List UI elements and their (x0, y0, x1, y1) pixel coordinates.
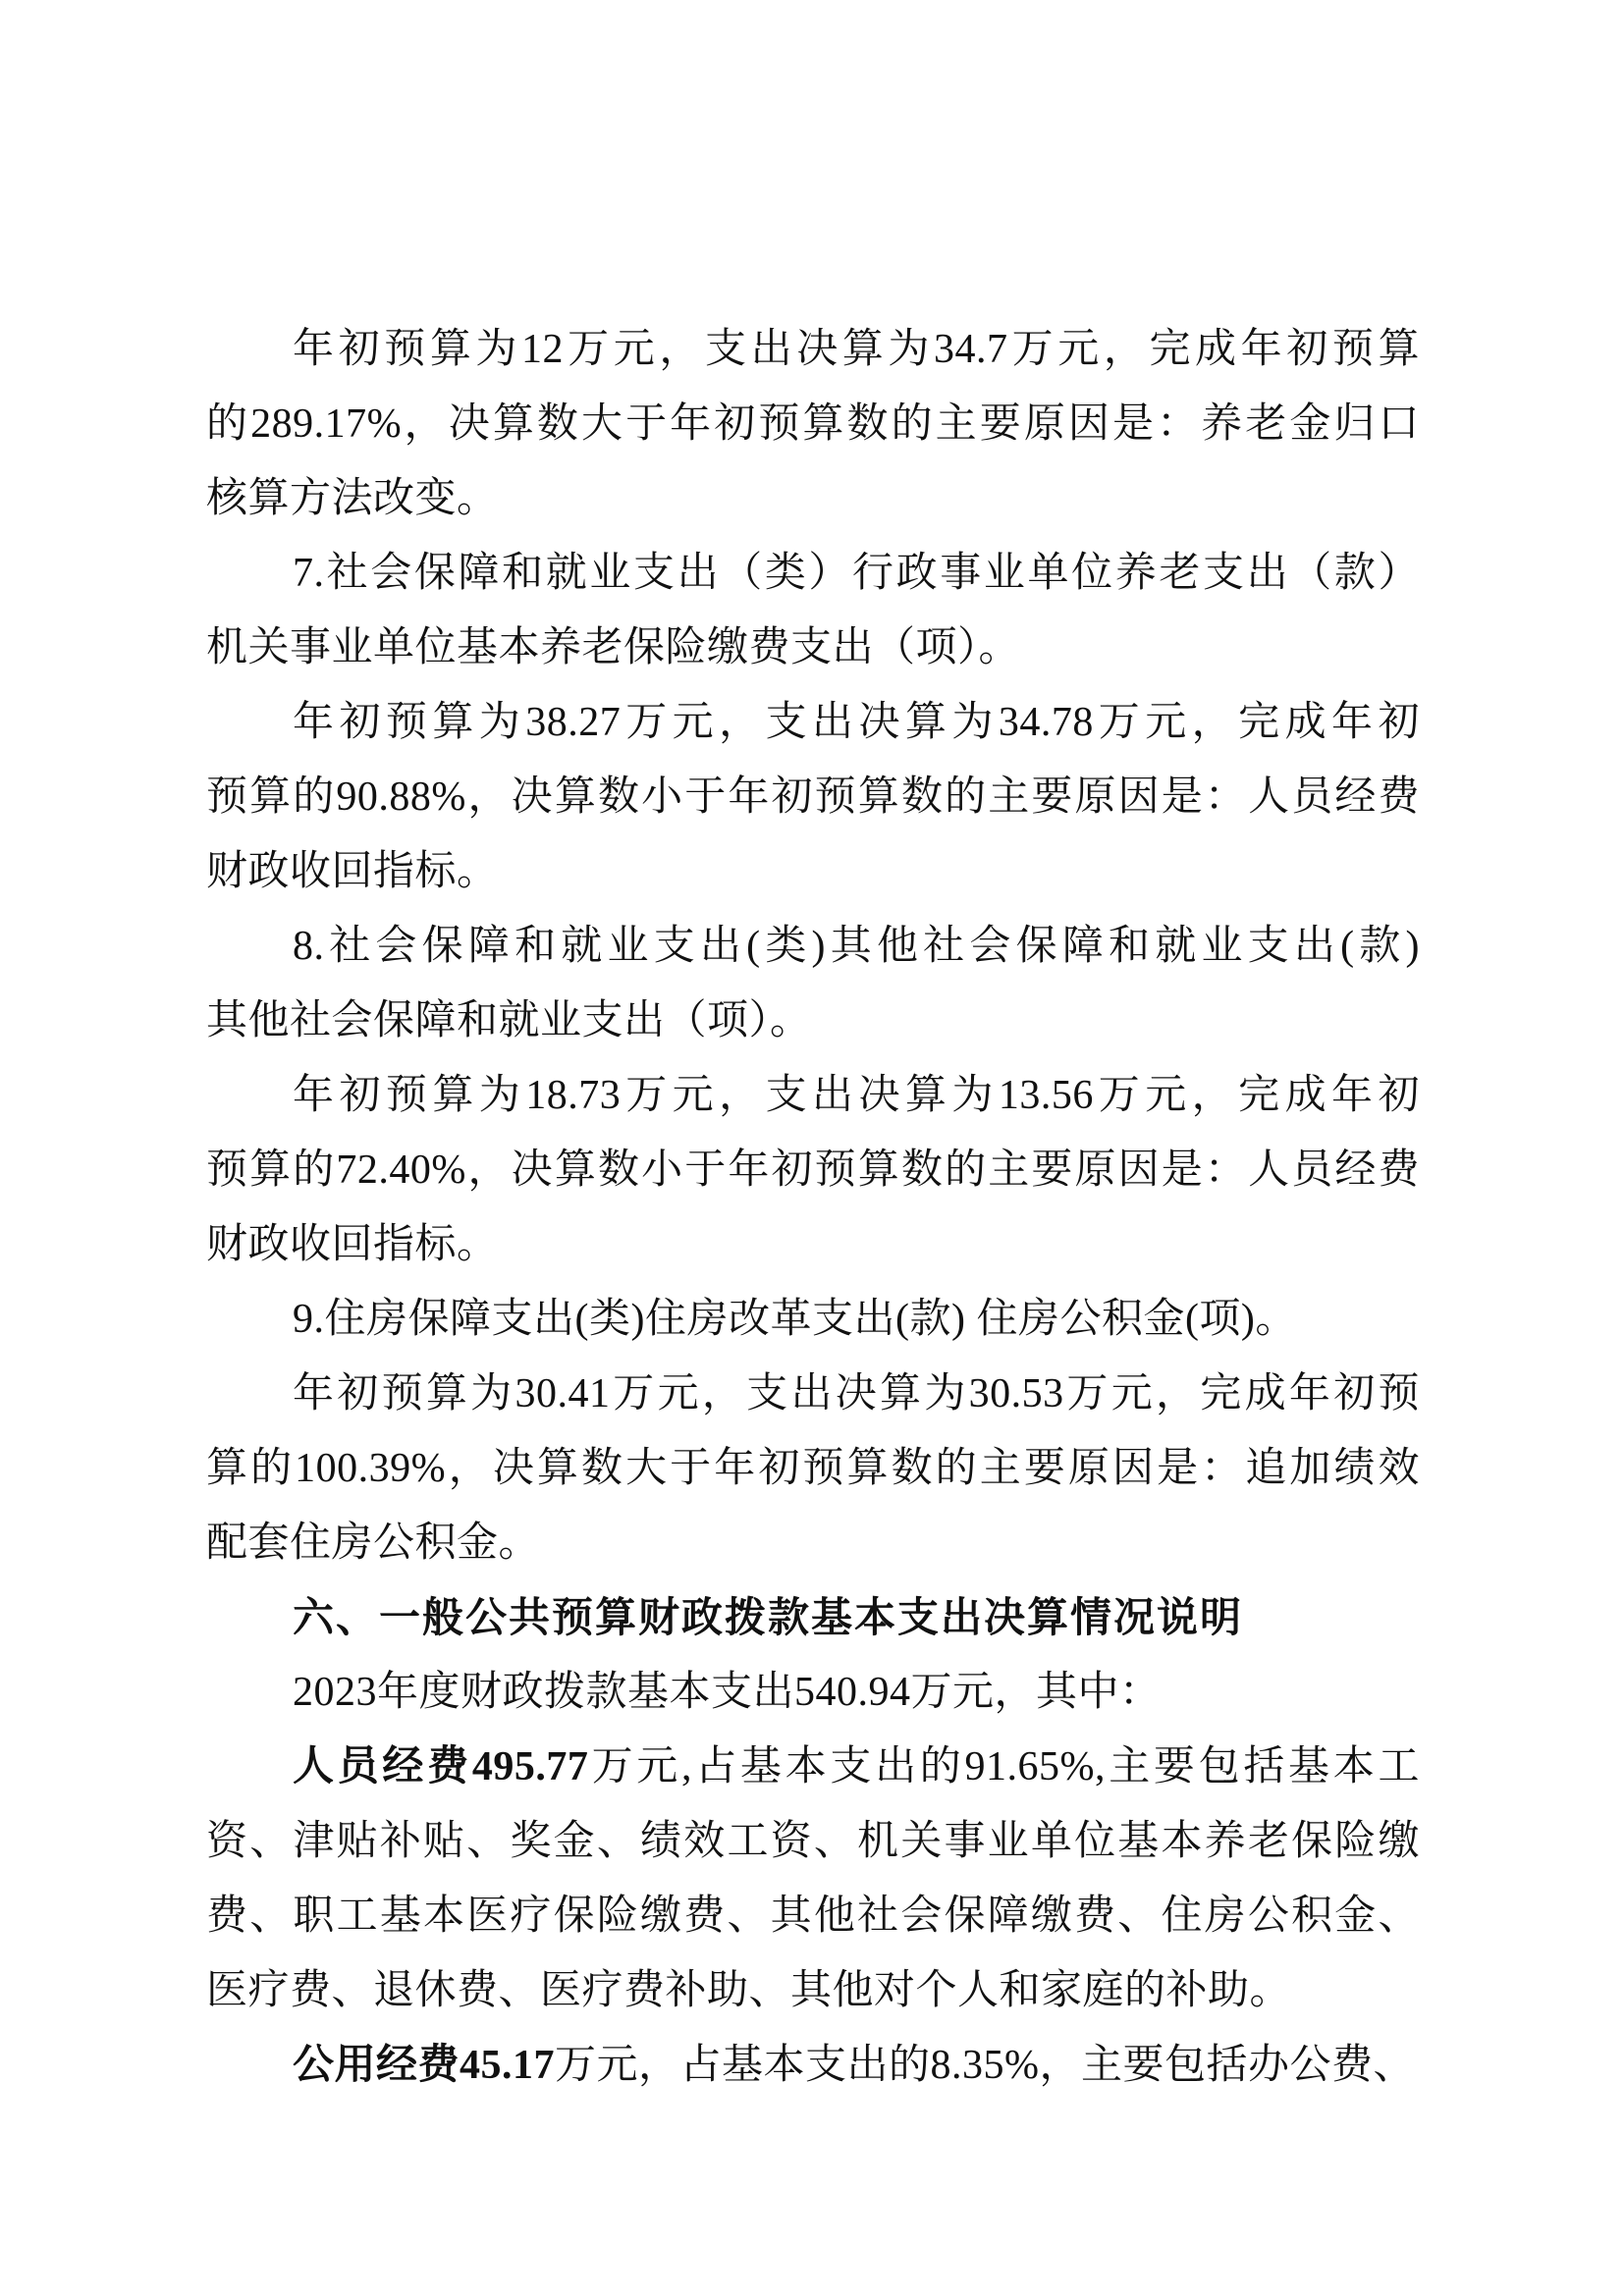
text-line: 算的100.39%，决算数大于年初预算数的主要原因是：追加绩效 (206, 1431, 1420, 1506)
paragraph: 7.社会保障和就业支出（类）行政事业单位养老支出（款）机关事业单位基本养老保险缴… (206, 536, 1420, 685)
paragraph: 年初预算为38.27万元，支出决算为34.78万元，完成年初预算的90.88%，… (206, 685, 1420, 909)
text-line: 预算的90.88%，决算数小于年初预算数的主要原因是：人员经费 (206, 760, 1420, 834)
paragraph: 年初预算为18.73万元，支出决算为13.56万元，完成年初预算的72.40%，… (206, 1058, 1420, 1282)
text-line: 人员经费495.77万元,占基本支出的91.65%,主要包括基本工 (206, 1730, 1420, 1804)
line-text: 万元，占基本支出的8.35%，主要包括办公费、 (555, 2043, 1415, 2088)
text-line: 六、一般公共预算财政拨款基本支出决算情况说明 (206, 1580, 1420, 1655)
text-line: 8.社会保障和就业支出(类)其他社会保障和就业支出(款) (206, 909, 1420, 984)
text-line: 的289.17%，决算数大于年初预算数的主要原因是：养老金归口 (206, 387, 1420, 461)
text-line: 年初预算为18.73万元，支出决算为13.56万元，完成年初 (206, 1058, 1420, 1133)
paragraph: 年初预算为12万元，支出决算为34.7万元，完成年初预算的289.17%，决算数… (206, 312, 1420, 536)
text-line: 核算方法改变。 (206, 461, 1420, 536)
text-line: 配套住房公积金。 (206, 1506, 1420, 1580)
text-line: 预算的72.40%，决算数小于年初预算数的主要原因是：人员经费 (206, 1133, 1420, 1207)
text-line: 财政收回指标。 (206, 834, 1420, 909)
paragraph: 公用经费45.17万元，占基本支出的8.35%，主要包括办公费、 (206, 2028, 1420, 2103)
document-page-content: 年初预算为12万元，支出决算为34.7万元，完成年初预算的289.17%，决算数… (206, 312, 1420, 2103)
section-heading: 六、一般公共预算财政拨款基本支出决算情况说明 (206, 1580, 1420, 1655)
paragraph: 8.社会保障和就业支出(类)其他社会保障和就业支出(款)其他社会保障和就业支出（… (206, 909, 1420, 1058)
text-line: 年初预算为38.27万元，支出决算为34.78万元，完成年初 (206, 685, 1420, 760)
text-line: 2023年度财政拨款基本支出540.94万元，其中： (206, 1655, 1420, 1730)
text-line: 机关事业单位基本养老保险缴费支出（项）。 (206, 611, 1420, 685)
text-line: 年初预算为30.41万元，支出决算为30.53万元，完成年初预 (206, 1357, 1420, 1431)
text-line: 医疗费、退休费、医疗费补助、其他对个人和家庭的补助。 (206, 1953, 1420, 2028)
text-line: 9.住房保障支出(类)住房改革支出(款) 住房公积金(项)。 (206, 1282, 1420, 1357)
text-line: 7.社会保障和就业支出（类）行政事业单位养老支出（款） (206, 536, 1420, 611)
text-line: 年初预算为12万元，支出决算为34.7万元，完成年初预算 (206, 312, 1420, 387)
text-line: 财政收回指标。 (206, 1207, 1420, 1282)
paragraph: 2023年度财政拨款基本支出540.94万元，其中： (206, 1655, 1420, 1730)
paragraph: 人员经费495.77万元,占基本支出的91.65%,主要包括基本工资、津贴补贴、… (206, 1730, 1420, 2028)
text-line: 其他社会保障和就业支出（项）。 (206, 984, 1420, 1058)
text-line: 资、津贴补贴、奖金、绩效工资、机关事业单位基本养老保险缴 (206, 1804, 1420, 1879)
text-line: 公用经费45.17万元，占基本支出的8.35%，主要包括办公费、 (206, 2028, 1420, 2103)
paragraph: 9.住房保障支出(类)住房改革支出(款) 住房公积金(项)。 (206, 1282, 1420, 1357)
line-text: 万元,占基本支出的91.65%,主要包括基本工 (588, 1744, 1420, 1789)
paragraph: 年初预算为30.41万元，支出决算为30.53万元，完成年初预算的100.39%… (206, 1357, 1420, 1580)
bold-lead-term: 公用经费45.17 (293, 2043, 555, 2088)
document-page: 年初预算为12万元，支出决算为34.7万元，完成年初预算的289.17%，决算数… (0, 0, 1624, 2296)
bold-lead-term: 人员经费495.77 (293, 1744, 588, 1789)
text-line: 费、职工基本医疗保险缴费、其他社会保障缴费、住房公积金、 (206, 1879, 1420, 1953)
